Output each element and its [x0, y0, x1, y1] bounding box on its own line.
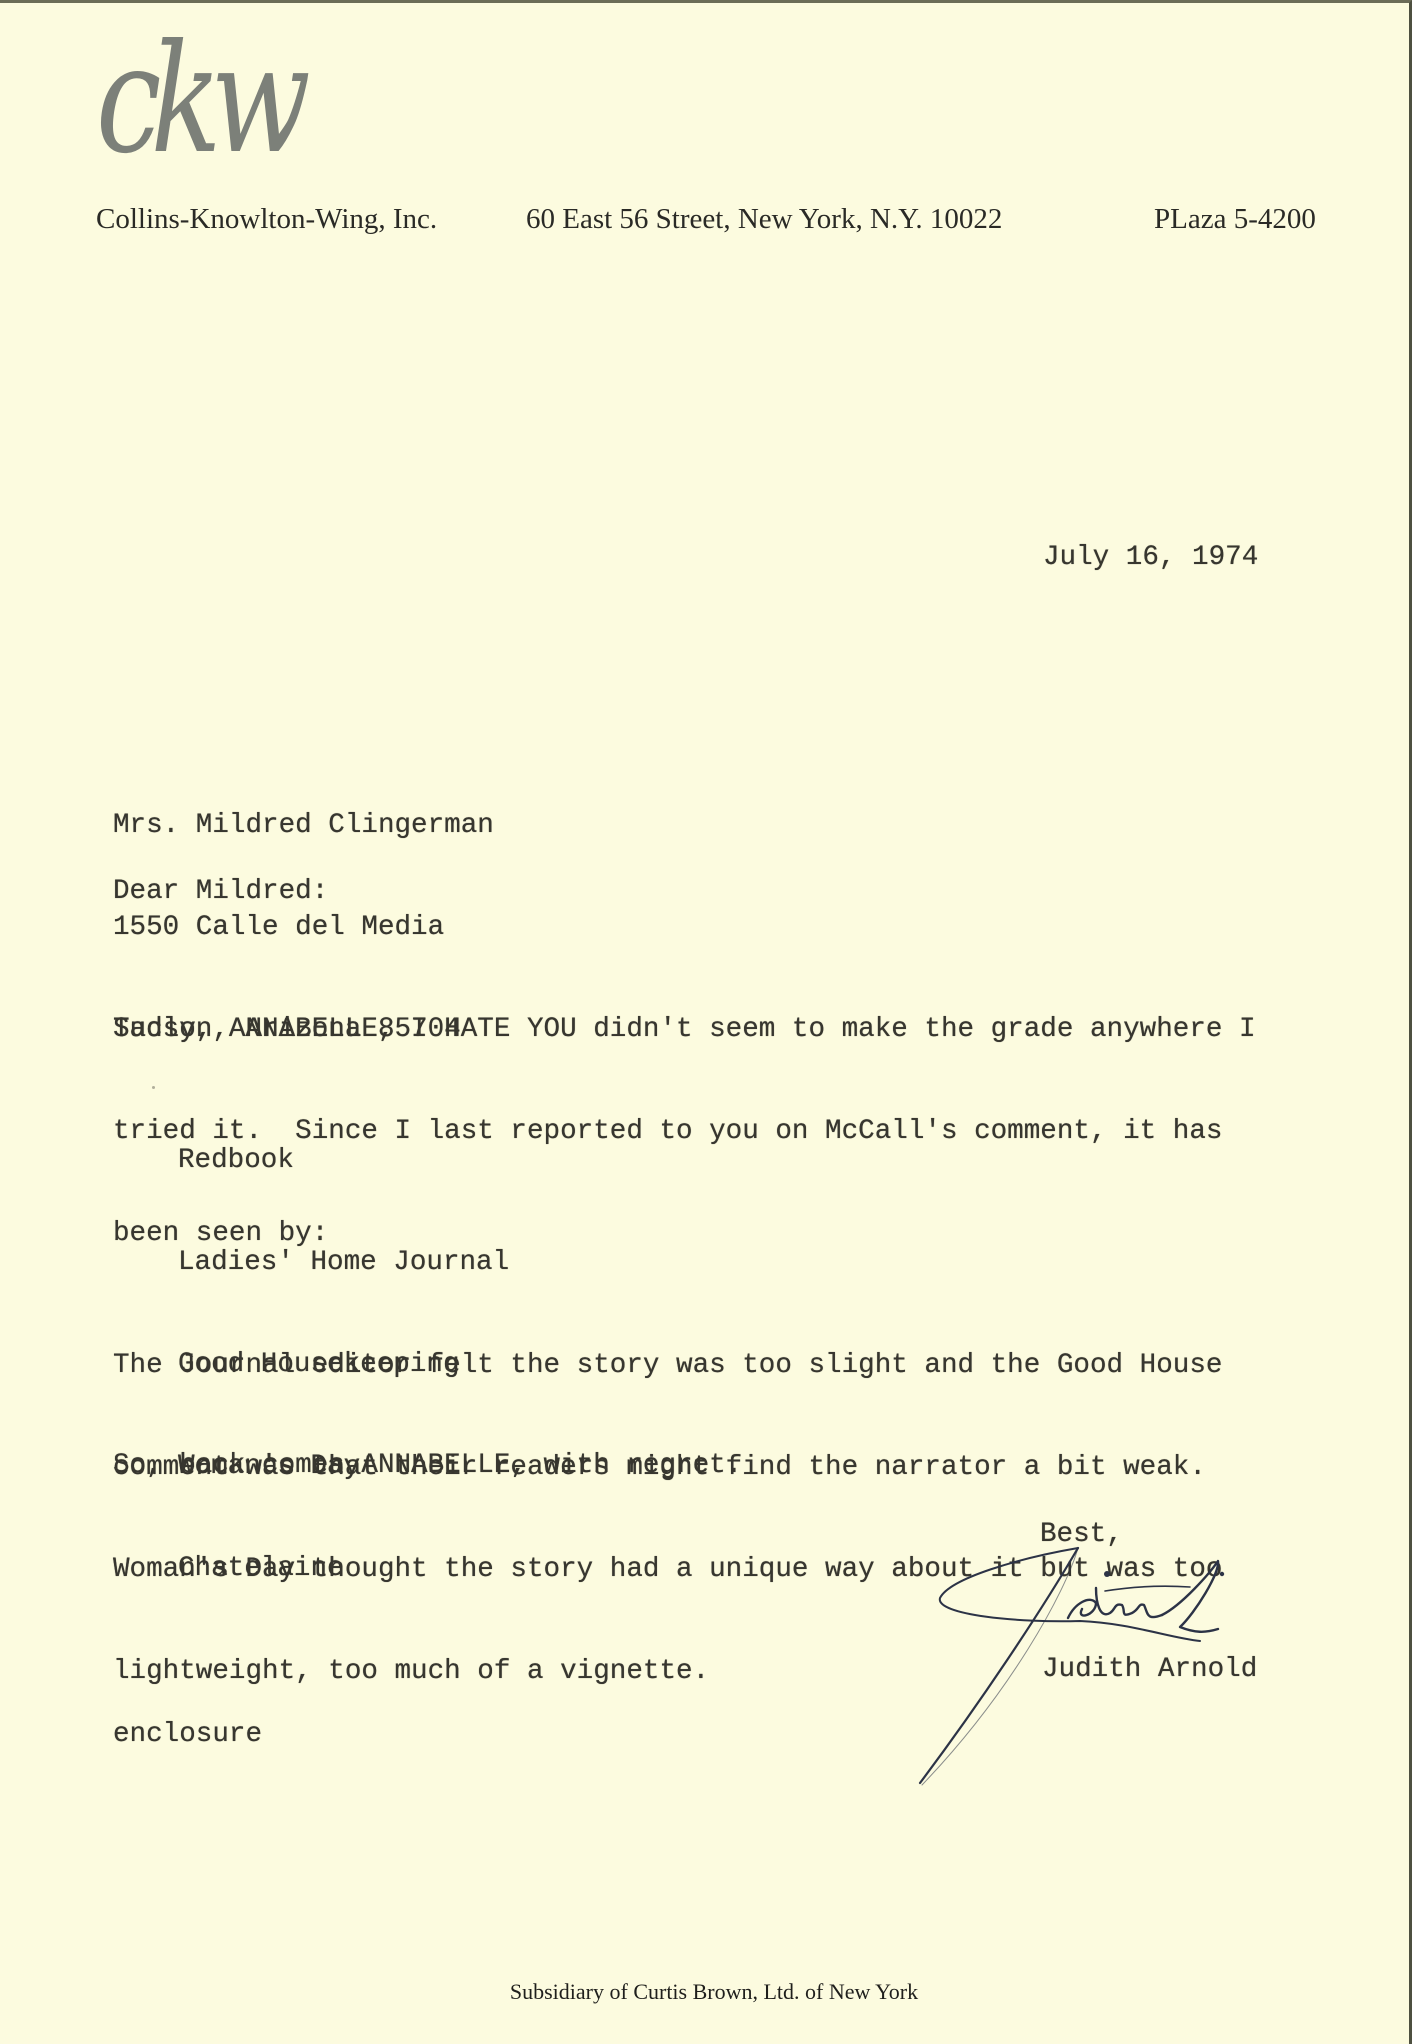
paragraph-line: The Journal editor felt the story was to… — [113, 1349, 1222, 1383]
footer-text: Subsidiary of Curtis Brown, Ltd. of New … — [0, 1979, 1412, 2005]
list-item: Redbook — [178, 1144, 509, 1178]
letter-page: ckw Collins-Knowlton-Wing, Inc. 60 East … — [0, 0, 1412, 2044]
recipient-street: 1550 Calle del Media — [113, 911, 494, 945]
company-address: 60 East 56 Street, New York, N.Y. 10022 — [526, 203, 1002, 236]
letter-date: July 16, 1974 — [1043, 541, 1258, 575]
company-logo: ckw — [96, 25, 300, 175]
letterhead-line: Collins-Knowlton-Wing, Inc. 60 East 56 S… — [96, 203, 437, 236]
enclosure-note: enclosure — [113, 1718, 262, 1752]
list-item: Ladies' Home Journal — [178, 1246, 509, 1280]
paragraph-line: Sadly, ANNABELLE, I HATE YOU didn't seem… — [113, 1013, 1256, 1047]
company-name: Collins-Knowlton-Wing, Inc. — [96, 203, 437, 236]
signer-name: Judith Arnold — [1042, 1653, 1257, 1687]
company-phone: PLaza 5-4200 — [1154, 203, 1316, 236]
recipient-name: Mrs. Mildred Clingerman — [113, 809, 494, 843]
paper-speck — [152, 1086, 155, 1089]
salutation: Dear Mildred: — [113, 875, 328, 909]
paragraph-3: So, back comes ANNABELLE, with regret. — [113, 1449, 742, 1483]
